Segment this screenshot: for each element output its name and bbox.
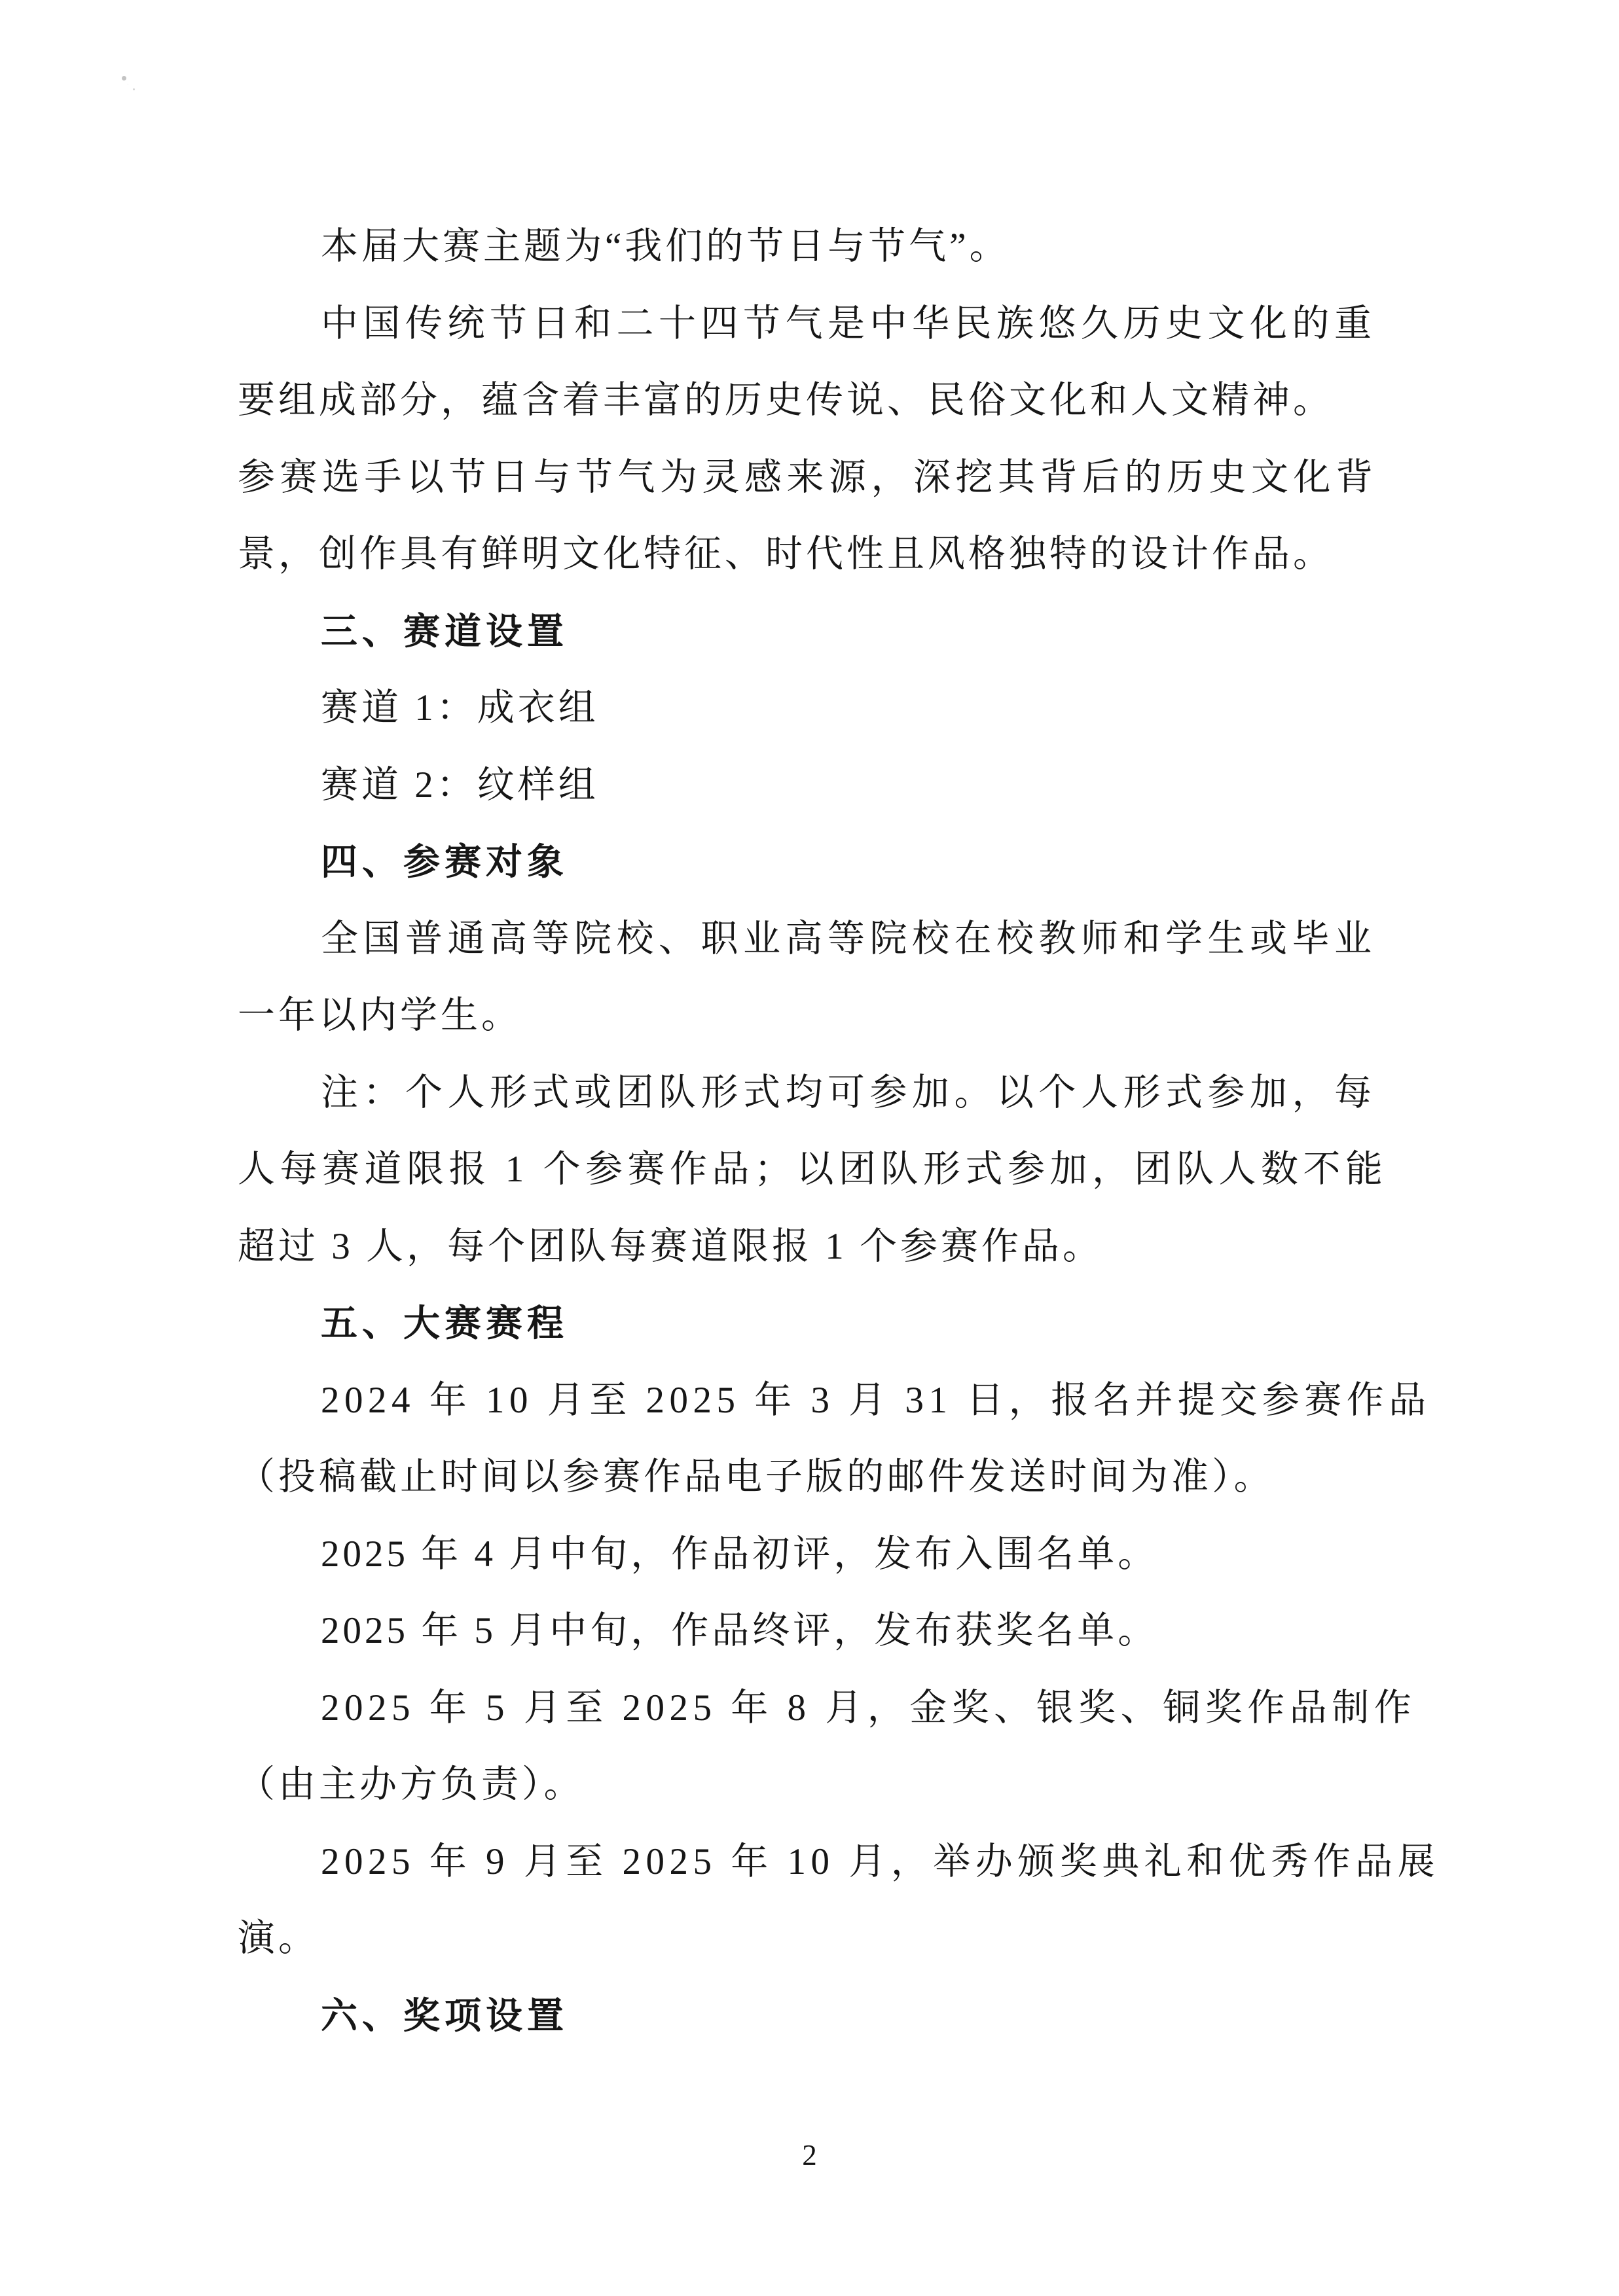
- document-line: 赛道 1：成衣组: [238, 670, 1400, 747]
- page-number: 2: [0, 2139, 1619, 2172]
- section-heading: 四、参赛对象: [238, 823, 1400, 901]
- section-heading: 三、赛道设置: [238, 593, 1400, 670]
- document-line: 参赛选手以节日与节气为灵感来源，深挖其背后的历史文化背: [238, 439, 1400, 516]
- document-line: 本届大赛主题为“我们的节日与节气”。: [238, 208, 1400, 285]
- document-line: 2025 年 5 月至 2025 年 8 月，金奖、银奖、铜奖作品制作: [238, 1670, 1400, 1747]
- section-heading: 六、奖项设置: [238, 1977, 1400, 2054]
- document-page: 本届大赛主题为“我们的节日与节气”。中国传统节日和二十四节气是中华民族悠久历史文…: [0, 0, 1619, 2296]
- document-line: 演。: [238, 1900, 1400, 1977]
- document-line: 要组成部分，蕴含着丰富的历史传说、民俗文化和人文精神。: [238, 362, 1400, 439]
- document-line: 2024 年 10 月至 2025 年 3 月 31 日，报名并提交参赛作品: [238, 1362, 1400, 1439]
- document-line: 超过 3 人，每个团队每赛道限报 1 个参赛作品。: [238, 1208, 1400, 1285]
- document-line: 2025 年 9 月至 2025 年 10 月，举办颁奖典礼和优秀作品展: [238, 1823, 1400, 1901]
- document-line: 中国传统节日和二十四节气是中华民族悠久历史文化的重: [238, 285, 1400, 363]
- document-line: 赛道 2：纹样组: [238, 747, 1400, 824]
- document-line: 景，创作具有鲜明文化特征、时代性且风格独特的设计作品。: [238, 516, 1400, 593]
- document-line: 一年以内学生。: [238, 977, 1400, 1054]
- document-body: 本届大赛主题为“我们的节日与节气”。中国传统节日和二十四节气是中华民族悠久历史文…: [238, 208, 1400, 2054]
- scan-artifact: [122, 76, 126, 81]
- document-line: （投稿截止时间以参赛作品电子版的邮件发送时间为准）。: [238, 1439, 1400, 1516]
- section-heading: 五、大赛赛程: [238, 1285, 1400, 1362]
- document-line: （由主办方负责）。: [238, 1746, 1400, 1823]
- document-line: 2025 年 4 月中旬，作品初评，发布入围名单。: [238, 1516, 1400, 1593]
- document-line: 人每赛道限报 1 个参赛作品；以团队形式参加，团队人数不能: [238, 1131, 1400, 1208]
- document-line: 注：个人形式或团队形式均可参加。以个人形式参加，每: [238, 1054, 1400, 1132]
- document-line: 2025 年 5 月中旬，作品终评，发布获奖名单。: [238, 1592, 1400, 1670]
- document-line: 全国普通高等院校、职业高等院校在校教师和学生或毕业: [238, 901, 1400, 978]
